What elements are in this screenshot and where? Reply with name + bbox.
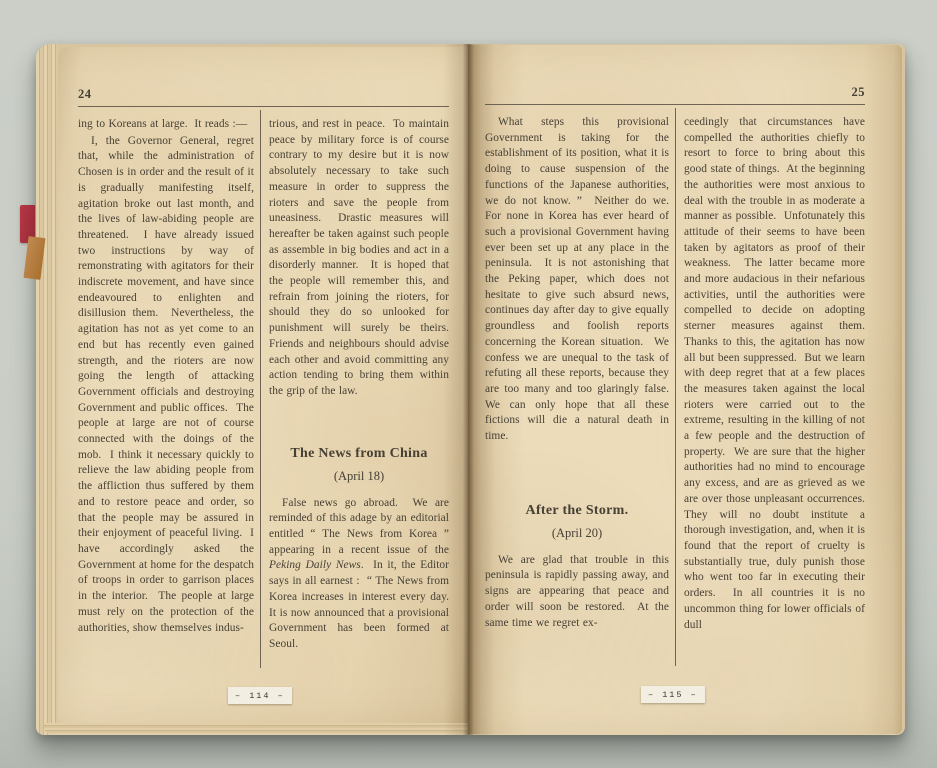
- page-edge-stack: 24 ing to Koreans at large. It reads :— …: [36, 44, 905, 735]
- paragraph-text: . In it, the Editor says in all earnest …: [269, 559, 449, 650]
- section-date: (April 18): [269, 469, 449, 484]
- paragraph: ceedingly that circumstances have compel…: [684, 115, 865, 633]
- folio-label: – 115 –: [641, 686, 705, 703]
- text-column: ceedingly that circumstances have compel…: [684, 108, 865, 666]
- publication-name: Peking Daily News: [269, 559, 361, 571]
- folio-label: – 114 –: [228, 687, 292, 704]
- page-number: 24: [78, 87, 449, 102]
- section-date: (April 20): [485, 526, 669, 541]
- text-column: ing to Koreans at large. It reads :— I, …: [78, 110, 254, 668]
- left-page: 24 ing to Koreans at large. It reads :— …: [58, 47, 468, 723]
- paragraph: We are glad that trouble in this peninsu…: [485, 553, 669, 632]
- text-columns: ing to Koreans at large. It reads :— I, …: [78, 110, 449, 668]
- ribbon-marker: [24, 236, 46, 280]
- paragraph: ing to Koreans at large. It reads :—: [78, 117, 254, 133]
- text-columns: What steps this provisional Government i…: [485, 108, 865, 666]
- book-photo-scene: 24 ing to Koreans at large. It reads :— …: [0, 0, 937, 768]
- text-column: What steps this provisional Government i…: [485, 108, 669, 666]
- page-number: 25: [485, 85, 865, 100]
- text-column: trious, and rest in peace. To maintain p…: [269, 110, 449, 668]
- right-page: 25 What steps this provisional Governmen…: [468, 45, 902, 734]
- paragraph: False news go abroad. We are reminded of…: [269, 496, 449, 653]
- paragraph: What steps this provisional Government i…: [485, 115, 669, 445]
- section-heading: After the Storm.: [485, 503, 669, 519]
- paragraph: I, the Governor General, regret that, wh…: [78, 134, 254, 637]
- column-divider: [675, 108, 676, 666]
- header-rule: [485, 104, 865, 105]
- paragraph-text: False news go abroad. We are reminded of…: [269, 497, 449, 556]
- header-rule: [78, 106, 449, 107]
- column-divider: [260, 110, 261, 668]
- paragraph: trious, and rest in peace. To maintain p…: [269, 117, 449, 400]
- section-heading: The News from China: [269, 446, 449, 462]
